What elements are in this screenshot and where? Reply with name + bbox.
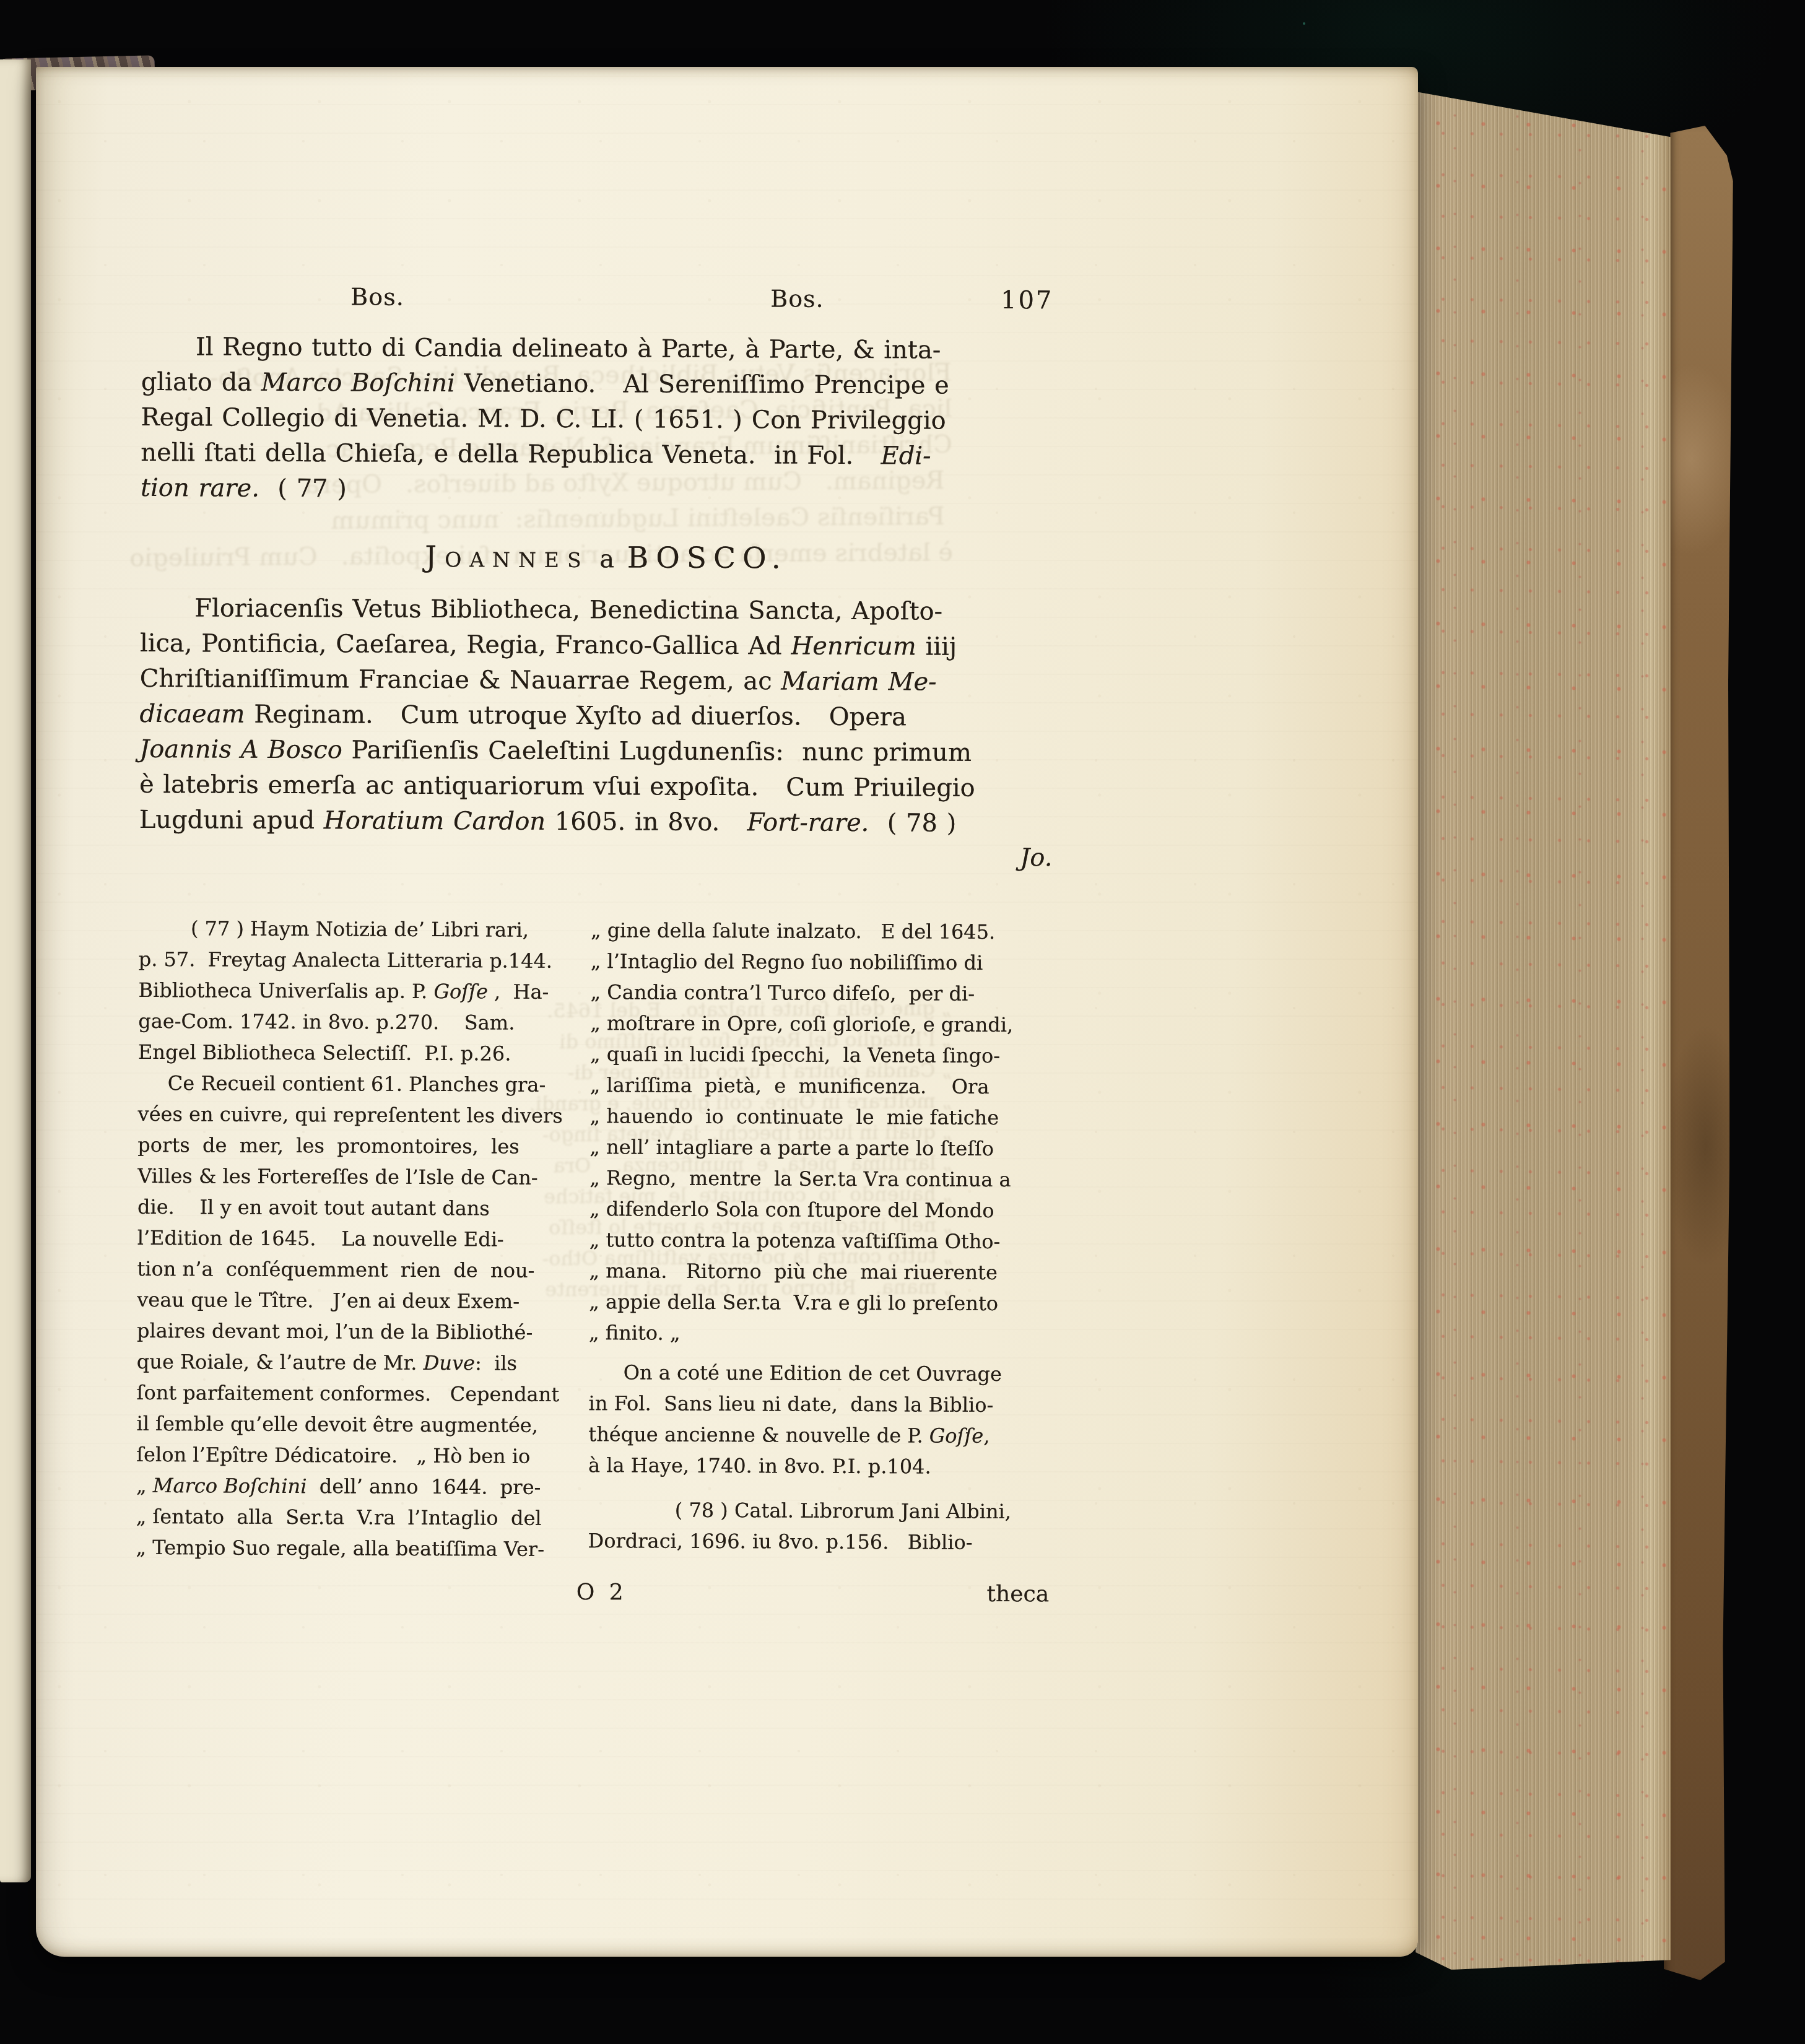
text-run: Dordraci, 1696. iu 8vo. p.156. Biblio- (588, 1529, 973, 1554)
footnote-line: plaires devant moi, l’un de la Bibliothé… (137, 1315, 573, 1348)
text-line: tion rare. ( 77 ) (141, 471, 1072, 510)
text-run: in Fol. Sans lieu ni date, dans la Bibli… (589, 1391, 994, 1417)
page-content: Bos. Bos. 107 Il Regno tutto di Candia d… (134, 67, 1074, 1961)
text-run: „ gine della ſalute inalzato. E del 1645… (591, 918, 996, 944)
text-run: que Roiale, & l’autre de Mr. (137, 1350, 424, 1375)
footnote-line: „ lariſſima pietà, e munificenza. Ora (590, 1069, 1070, 1102)
footnote-line: l’Edition de 1645. La nouvelle Edi- (137, 1222, 574, 1255)
text-run-italic: Duve (424, 1351, 475, 1375)
text-line: Floriacenſis Vetus Bibliotheca, Benedict… (140, 591, 1072, 630)
footnote-line: „ Candia contra’l Turco difeſo, per di- (590, 976, 1070, 1009)
text-run-italic: Henricum (791, 632, 916, 661)
text-run: „ difenderlo Sola con ſtupore del Mondo (589, 1197, 994, 1222)
text-run: „ appie della Ser.ta V.ra e gli lo preſe… (589, 1290, 998, 1315)
book-photo-scene: Floriacenſis Vetus Bibliotheca, Benedict… (0, 0, 1805, 2044)
text-run: ( 77 ) (259, 474, 347, 503)
text-run: lica, Pontificia, Caeſarea, Regia, Franc… (140, 629, 791, 661)
text-run: die. Il y en avoit tout autant dans (137, 1195, 490, 1220)
footnote-line: „ Marco Boſchini dell’ anno 1644. pre- (136, 1470, 573, 1503)
footnote-line: „ Regno, mentre la Ser.ta Vra continua a (589, 1162, 1069, 1195)
text-run-italic: dicaeam (139, 700, 245, 729)
entry-heading-joannes-a-bosco: Joannes a BOSCO. (140, 539, 1072, 577)
footnote-line: il ſemble qu’elle devoit être augmentée, (136, 1408, 573, 1441)
text-run: „ lariſſima pietà, e munificenza. Ora (590, 1073, 989, 1098)
footnote-column-left: ( 77 ) Haym Notizia de’ Libri rari, p. 5… (136, 913, 575, 1565)
text-run: è latebris emerſa ac antiquariorum vſui … (139, 770, 975, 802)
text-run-italic: Fort-rare. (747, 808, 869, 837)
text-run-italic: Goſſe (433, 980, 488, 1003)
text-run: „ l’Intaglio del Regno ſuo nobiliſſimo d… (591, 949, 983, 975)
text-run-italic: Joannis A Bosco (139, 735, 342, 764)
text-run-italic: Marco Boſchini (261, 368, 455, 398)
text-run: „ finito. „ (589, 1321, 681, 1345)
text-run: On a coté une Edition de cet Ouvrage (624, 1360, 1002, 1386)
footnote-line: Engel Bibliotheca Selectiſſ. P.I. p.26. (138, 1037, 575, 1069)
footnote-line: théque ancienne & nouvelle de P. Goſſe, (588, 1419, 1068, 1451)
footnote-line: p. 57. Freytag Analecta Litteraria p.144… (139, 944, 575, 976)
text-run: : ils (475, 1351, 517, 1375)
text-run: théque ancienne & nouvelle de P. (588, 1422, 929, 1447)
footnote-line: „ quaſi in lucidi ſpecchi, la Veneta ſin… (590, 1038, 1070, 1071)
text-run: Venetiano. Al Sereniſſimo Prencipe e (455, 369, 949, 399)
text-run: veau que le Tître. J’en ai deux Exem- (137, 1288, 520, 1313)
text-run: Chriſtianiſſimum Franciae & Nauarrae Reg… (140, 664, 781, 696)
running-head: Bos. Bos. 107 (141, 282, 1073, 319)
footnote-line: „ moſtrare in Opre, coſi glorioſe, e gra… (590, 1007, 1070, 1040)
footnote-line: „ ſentato alla Ser.ta V.ra l’Intaglio de… (136, 1501, 573, 1534)
text-run: Ce Recueil contient 61. Planches gra- (168, 1071, 546, 1097)
text-line: Chriſtianiſſimum Franciae & Nauarrae Reg… (140, 661, 1072, 701)
text-run: p. 57. Freytag Analecta Litteraria p.144… (139, 947, 553, 973)
heading-name: Joannes (425, 540, 589, 575)
text-line: lica, Pontificia, Caeſarea, Regia, Franc… (140, 626, 1072, 666)
text-run: „ tutto contra la potenza vaſtiſſima Oth… (589, 1228, 1001, 1253)
text-line: dicaeam Reginam. Cum utroque Xyſto ad di… (139, 697, 1071, 736)
footnote-line: gae-Com. 1742. in 8vo. p.270. Sam. (138, 1006, 575, 1038)
text-run: „ mana. Ritorno più che mai riuerente (589, 1259, 998, 1284)
text-run-italic: Edi- (881, 441, 931, 470)
book-fore-edge (1416, 92, 1671, 1973)
text-run: „ ſentato alla Ser.ta V.ra l’Intaglio de… (136, 1505, 542, 1530)
text-run: , Ha- (488, 980, 549, 1003)
catchword-mid: Jo. (1020, 843, 1052, 872)
footnote-line: ſelon l’Epître Dédicatoire. „ Hò ben io (136, 1439, 573, 1472)
text-run: à la Haye, 1740. in 8vo. P.I. p.104. (588, 1453, 931, 1478)
footnote-column-right: „ gine della ſalute inalzato. E del 1645… (588, 915, 1071, 1567)
text-run: „ quaſi in lucidi ſpecchi, la Veneta ſin… (590, 1042, 1000, 1068)
signature-mark: O 2 (136, 1578, 1068, 1607)
text-line: Regal Collegio di Venetia. M. D. C. LI. … (141, 400, 1072, 440)
text-run-italic: Mariam Me- (781, 668, 937, 697)
footnote-line: Villes & les Fortereſſes de l’Isle de Ca… (137, 1160, 574, 1193)
text-line: gliato da Marco Boſchini Venetiano. Al S… (141, 365, 1073, 404)
text-run: Bibliotheca Univerſalis ap. P. (138, 978, 433, 1003)
text-run: 1605. in 8vo. (546, 807, 747, 837)
footnote-line: „ appie della Ser.ta V.ra e gli lo preſe… (589, 1286, 1069, 1319)
entry-bosco-paragraph: Floriacenſis Vetus Bibliotheca, Benedict… (139, 591, 1072, 842)
text-run: „ nell’ intagliare a parte a parte lo ſt… (589, 1135, 994, 1160)
text-run: ports de mer, les promontoires, les (137, 1133, 520, 1159)
text-run: Lugduni apud (139, 806, 324, 835)
footnote-line: ( 77 ) Haym Notizia de’ Libri rari, (139, 913, 575, 946)
footnote-line: que Roiale, & l’autre de Mr. Duve: ils (137, 1346, 573, 1379)
footnote-line: ſont parfaitement conformes. Cependant (137, 1377, 573, 1410)
text-run: Villes & les Fortereſſes de l’Isle de Ca… (137, 1164, 538, 1189)
text-run: „ Candia contra’l Turco difeſo, per di- (590, 980, 975, 1006)
text-run-italic: Marco Boſchini (153, 1474, 307, 1498)
catchword-bottom: theca (987, 1581, 1050, 1607)
text-run-italic: Horatium Cardon (324, 806, 546, 836)
text-run: plaires devant moi, l’un de la Bibliothé… (137, 1319, 533, 1344)
text-run: „ Tempio Suo regale, alla beatiſſima Ver… (136, 1536, 544, 1561)
running-head-center: Bos. (770, 285, 824, 312)
dust-speck (1303, 22, 1305, 25)
text-run: iiij (916, 632, 957, 661)
footnote-line: tion n’a conſéquemment rien de nou- (137, 1253, 573, 1286)
footnote-line: in Fol. Sans lieu ni date, dans la Bibli… (588, 1388, 1068, 1420)
footnote-line: „ gine della ſalute inalzato. E del 1645… (591, 915, 1071, 947)
text-run: „ (136, 1474, 153, 1497)
text-run: Regal Collegio di Venetia. M. D. C. LI. … (141, 403, 946, 435)
text-run-italic: tion rare. (141, 474, 259, 503)
footnote-section: ( 77 ) Haym Notizia de’ Libri rari, p. 5… (136, 913, 1071, 1567)
text-run: nelli ſtati della Chieſa, e della Republ… (141, 438, 881, 470)
footnote-line: „ nell’ intagliare a parte a parte lo ſt… (589, 1131, 1069, 1164)
text-run: ( 78 ) (869, 809, 956, 838)
footnote-line: „ tutto contra la potenza vaſtiſſima Oth… (589, 1224, 1069, 1257)
text-run: „ moſtrare in Opre, coſi glorioſe, e gra… (590, 1011, 1013, 1037)
text-run: vées en cuivre, qui repreſentent les div… (138, 1102, 563, 1128)
heading-surname: BOSCO. (627, 541, 788, 575)
footnote-line: à la Haye, 1740. in 8vo. P.I. p.104. (588, 1450, 1068, 1482)
text-run: ( 77 ) Haym Notizia de’ Libri rari, (191, 916, 529, 941)
text-line: Il Regno tutto di Candia delineato à Par… (141, 329, 1073, 369)
text-run: Reginam. Cum utroque Xyſto ad diuerſos. … (245, 700, 906, 732)
text-run: gliato da (141, 368, 261, 397)
text-run: Floriacenſis Vetus Bibliotheca, Benedict… (194, 594, 942, 625)
running-head-left: Bos. (350, 283, 404, 310)
footnote-line: „ difenderlo Sola con ſtupore del Mondo (589, 1193, 1069, 1226)
text-run: dell’ anno 1644. pre- (307, 1474, 541, 1499)
footnote-line: „ Tempio Suo regale, alla beatiſſima Ver… (136, 1532, 572, 1565)
footnote-line: „ finito. „ (589, 1317, 1069, 1350)
text-run: Engel Bibliotheca Selectiſſ. P.I. p.26. (138, 1040, 511, 1066)
text-run: tion n’a conſéquemment rien de nou- (137, 1257, 534, 1282)
text-line: è latebris emerſa ac antiquariorum vſui … (139, 767, 1071, 807)
text-run: Pariſienſis Caeleſtini Lugdunenſis: nunc… (342, 736, 972, 767)
text-run: il ſemble qu’elle devoit être augmentée, (136, 1412, 538, 1437)
footnote-line: die. Il y en avoit tout autant dans (137, 1191, 574, 1224)
footnote-line: Dordraci, 1696. iu 8vo. p.156. Biblio- (588, 1525, 1068, 1558)
entry-boschini-paragraph: Il Regno tutto di Candia delineato à Par… (141, 329, 1073, 510)
facing-page-edge (0, 59, 31, 1882)
footnote-line: „ l’Intaglio del Regno ſuo nobiliſſimo d… (591, 946, 1071, 978)
book-cover-edge (1664, 126, 1733, 1980)
footnote-line: On a coté une Edition de cet Ouvrage (589, 1357, 1069, 1389)
text-run-italic: Goſſe (929, 1424, 984, 1448)
footnote-line: Bibliotheca Univerſalis ap. P. Goſſe , H… (138, 975, 575, 1007)
text-line: Joannis A Bosco Pariſienſis Caeleſtini L… (139, 732, 1071, 772)
footnote-line: veau que le Tître. J’en ai deux Exem- (137, 1284, 573, 1317)
text-run: ſont parfaitement conformes. Cependant (137, 1381, 560, 1406)
text-line: nelli ſtati della Chieſa, e della Republ… (141, 435, 1072, 475)
text-run: „ Regno, mentre la Ser.ta Vra continua a (589, 1166, 1011, 1191)
footnote-line: vées en cuivre, qui repreſentent les div… (138, 1098, 575, 1131)
heading-particle: a (589, 545, 627, 573)
footnote-line: „ hauendo io continuate le mie fatiche (590, 1100, 1070, 1133)
text-run: gae-Com. 1742. in 8vo. p.270. Sam. (138, 1009, 515, 1035)
text-run: „ hauendo io continuate le mie fatiche (590, 1104, 999, 1129)
text-run: ſelon l’Epître Dédicatoire. „ Hò ben io (136, 1443, 530, 1468)
footnote-line: ( 78 ) Catal. Librorum Jani Albini, (588, 1494, 1068, 1527)
text-run: ( 78 ) Catal. Librorum Jani Albini, (675, 1498, 1011, 1523)
footnote-line: Ce Recueil contient 61. Planches gra- (138, 1068, 575, 1100)
page-number: 107 (1001, 286, 1054, 315)
book-page: Floriacenſis Vetus Bibliotheca, Benedict… (36, 67, 1418, 1957)
text-run: , (983, 1424, 989, 1448)
text-run: l’Edition de 1645. La nouvelle Edi- (137, 1226, 504, 1251)
footnote-line: „ mana. Ritorno più che mai riuerente (589, 1255, 1069, 1288)
text-run: Il Regno tutto di Candia delineato à Par… (196, 333, 941, 364)
page-footer: O 2 theca (136, 1578, 1068, 1616)
text-line: Lugduni apud Horatium Cardon 1605. in 8v… (139, 802, 1071, 842)
footnote-line: ports de mer, les promontoires, les (137, 1129, 574, 1162)
